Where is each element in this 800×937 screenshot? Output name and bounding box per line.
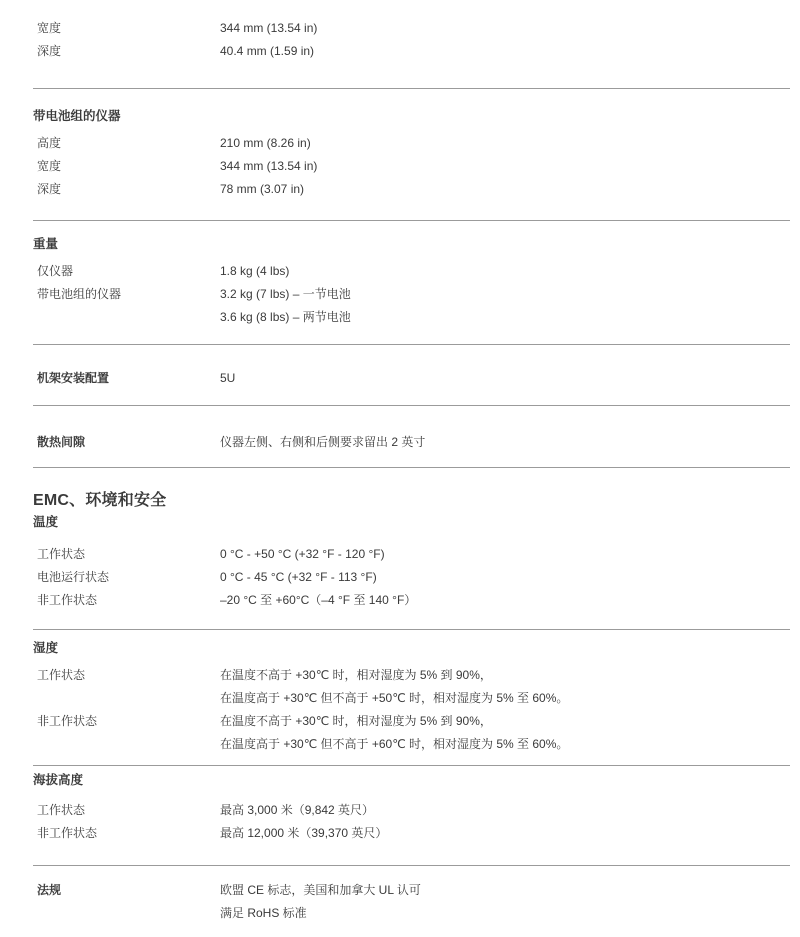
section-rows: 高度 210 mm (8.26 in) 宽度 344 mm (13.54 in)… bbox=[33, 132, 790, 201]
spec-value: 210 mm (8.26 in) bbox=[220, 132, 790, 155]
spec-row: 工作状态 最高 3,000 米（9,842 英尺） bbox=[33, 799, 790, 822]
spec-value-line: 在温度不高于 +30℃ 时，相对湿度为 5% 到 90%， bbox=[220, 664, 790, 687]
spec-row: 法规 欧盟 CE 标志，美国和加拿大 UL 认可 满足 RoHS 标准 bbox=[33, 879, 790, 925]
spec-label: 非工作状态 bbox=[33, 822, 220, 845]
spec-value: 在温度不高于 +30℃ 时，相对湿度为 5% 到 90%， 在温度高于 +30℃… bbox=[220, 664, 790, 710]
spec-row: 工作状态 在温度不高于 +30℃ 时，相对湿度为 5% 到 90%， 在温度高于… bbox=[33, 664, 790, 710]
section-rows: 工作状态 在温度不高于 +30℃ 时，相对湿度为 5% 到 90%， 在温度高于… bbox=[33, 664, 790, 756]
spec-value: 40.4 mm (1.59 in) bbox=[220, 40, 790, 63]
spec-row: 机架安装配置 5U bbox=[33, 367, 790, 390]
spec-label: 机架安装配置 bbox=[33, 367, 220, 390]
section-header: 带电池组的仪器 bbox=[33, 105, 790, 128]
spec-row: 深度 78 mm (3.07 in) bbox=[33, 178, 790, 201]
spec-value: 0 °C - 45 °C (+32 °F - 113 °F) bbox=[220, 566, 790, 589]
spec-label: 散热间隙 bbox=[33, 431, 220, 454]
section-divider bbox=[33, 765, 790, 766]
section-divider bbox=[33, 629, 790, 630]
spec-row: 非工作状态 最高 12,000 米（39,370 英尺） bbox=[33, 822, 790, 845]
spec-value-line: 210 mm (8.26 in) bbox=[220, 132, 790, 155]
spec-value-line: –20 °C 至 +60°C（–4 °F 至 140 °F） bbox=[220, 589, 790, 612]
spec-label: 非工作状态 bbox=[33, 589, 220, 612]
spec-label: 带电池组的仪器 bbox=[33, 283, 220, 329]
section-rows: 工作状态 0 °C - +50 °C (+32 °F - 120 °F) 电池运… bbox=[33, 543, 790, 612]
spec-label: 宽度 bbox=[33, 155, 220, 178]
spec-label: 非工作状态 bbox=[33, 710, 220, 756]
spec-row: 非工作状态 –20 °C 至 +60°C（–4 °F 至 140 °F） bbox=[33, 589, 790, 612]
spec-value-line: 最高 12,000 米（39,370 英尺） bbox=[220, 822, 790, 845]
spec-value-line: 344 mm (13.54 in) bbox=[220, 155, 790, 178]
spec-value-line: 在温度高于 +30℃ 但不高于 +60℃ 时，相对湿度为 5% 至 60%。 bbox=[220, 733, 790, 756]
section-divider bbox=[33, 88, 790, 89]
spec-row: 电池运行状态 0 °C - 45 °C (+32 °F - 113 °F) bbox=[33, 566, 790, 589]
spec-value: 344 mm (13.54 in) bbox=[220, 17, 790, 40]
section-altitude: 海拔高度 工作状态 最高 3,000 米（9,842 英尺） 非工作状态 最高 … bbox=[33, 769, 790, 845]
spec-value-line: 0 °C - +50 °C (+32 °F - 120 °F) bbox=[220, 543, 790, 566]
spec-row: 仅仪器 1.8 kg (4 lbs) bbox=[33, 260, 790, 283]
section-header: 海拔高度 bbox=[33, 769, 790, 792]
spec-value-line: 1.8 kg (4 lbs) bbox=[220, 260, 790, 283]
spec-value: 344 mm (13.54 in) bbox=[220, 155, 790, 178]
spec-row: 散热间隙 仪器左侧、右侧和后侧要求留出 2 英寸 bbox=[33, 431, 790, 454]
spec-value: 最高 3,000 米（9,842 英尺） bbox=[220, 799, 790, 822]
section-humidity: 湿度 工作状态 在温度不高于 +30℃ 时，相对湿度为 5% 到 90%， 在温… bbox=[33, 637, 790, 756]
section-header: 温度 bbox=[33, 512, 790, 533]
spec-label: 深度 bbox=[33, 40, 220, 63]
spec-value-line: 5U bbox=[220, 367, 790, 390]
section-rows: 仅仪器 1.8 kg (4 lbs) 带电池组的仪器 3.2 kg (7 lbs… bbox=[33, 260, 790, 329]
section-temperature: EMC、环境和安全 温度 工作状态 0 °C - +50 °C (+32 °F … bbox=[33, 490, 790, 612]
section-rack-mount: 机架安装配置 5U bbox=[33, 367, 790, 390]
spec-value: 3.2 kg (7 lbs) – 一节电池 3.6 kg (8 lbs) – 两… bbox=[220, 283, 790, 329]
spec-value: 在温度不高于 +30℃ 时，相对湿度为 5% 到 90%， 在温度高于 +30℃… bbox=[220, 710, 790, 756]
spec-row: 宽度 344 mm (13.54 in) bbox=[33, 155, 790, 178]
spec-row: 带电池组的仪器 3.2 kg (7 lbs) – 一节电池 3.6 kg (8 … bbox=[33, 283, 790, 329]
spec-value-line: 仪器左侧、右侧和后侧要求留出 2 英寸 bbox=[220, 431, 790, 454]
spec-row: 宽度 344 mm (13.54 in) bbox=[33, 17, 790, 40]
spec-value: 欧盟 CE 标志，美国和加拿大 UL 认可 满足 RoHS 标准 bbox=[220, 879, 790, 925]
section-dimensions: 宽度 344 mm (13.54 in) 深度 40.4 mm (1.59 in… bbox=[33, 17, 790, 63]
spec-value-line: 3.2 kg (7 lbs) – 一节电池 bbox=[220, 283, 790, 306]
spec-value-line: 最高 3,000 米（9,842 英尺） bbox=[220, 799, 790, 822]
section-cooling-clearance: 散热间隙 仪器左侧、右侧和后侧要求留出 2 英寸 bbox=[33, 431, 790, 454]
spec-label: 宽度 bbox=[33, 17, 220, 40]
spec-value: 1.8 kg (4 lbs) bbox=[220, 260, 790, 283]
spec-row: 非工作状态 在温度不高于 +30℃ 时，相对湿度为 5% 到 90%， 在温度高… bbox=[33, 710, 790, 756]
spec-row: 工作状态 0 °C - +50 °C (+32 °F - 120 °F) bbox=[33, 543, 790, 566]
spec-row: 高度 210 mm (8.26 in) bbox=[33, 132, 790, 155]
spec-label: 工作状态 bbox=[33, 543, 220, 566]
spec-value: 5U bbox=[220, 367, 790, 390]
spec-value: 0 °C - +50 °C (+32 °F - 120 °F) bbox=[220, 543, 790, 566]
spec-label: 深度 bbox=[33, 178, 220, 201]
spec-label: 电池运行状态 bbox=[33, 566, 220, 589]
spec-label: 工作状态 bbox=[33, 799, 220, 822]
spec-label: 法规 bbox=[33, 879, 220, 925]
spec-value-line: 40.4 mm (1.59 in) bbox=[220, 40, 790, 63]
spec-row: 深度 40.4 mm (1.59 in) bbox=[33, 40, 790, 63]
section-divider bbox=[33, 344, 790, 345]
spec-document-page: 宽度 344 mm (13.54 in) 深度 40.4 mm (1.59 in… bbox=[0, 0, 800, 937]
spec-value-line: 78 mm (3.07 in) bbox=[220, 178, 790, 201]
spec-value-line: 0 °C - 45 °C (+32 °F - 113 °F) bbox=[220, 566, 790, 589]
section-divider bbox=[33, 865, 790, 866]
emc-main-header: EMC、环境和安全 bbox=[33, 490, 790, 512]
section-divider bbox=[33, 220, 790, 221]
spec-value: 最高 12,000 米（39,370 英尺） bbox=[220, 822, 790, 845]
spec-value-line: 满足 RoHS 标准 bbox=[220, 902, 790, 925]
section-weight: 重量 仅仪器 1.8 kg (4 lbs) 带电池组的仪器 3.2 kg (7 … bbox=[33, 233, 790, 329]
spec-value: 78 mm (3.07 in) bbox=[220, 178, 790, 201]
section-instrument-with-battery: 带电池组的仪器 高度 210 mm (8.26 in) 宽度 344 mm (1… bbox=[33, 105, 790, 201]
section-header: 重量 bbox=[33, 233, 790, 256]
spec-label: 工作状态 bbox=[33, 664, 220, 710]
spec-value-line: 欧盟 CE 标志，美国和加拿大 UL 认可 bbox=[220, 879, 790, 902]
spec-value: 仪器左侧、右侧和后侧要求留出 2 英寸 bbox=[220, 431, 790, 454]
spec-value-line: 在温度不高于 +30℃ 时，相对湿度为 5% 到 90%， bbox=[220, 710, 790, 733]
section-header: 湿度 bbox=[33, 637, 790, 660]
spec-label: 高度 bbox=[33, 132, 220, 155]
spec-value-line: 3.6 kg (8 lbs) – 两节电池 bbox=[220, 306, 790, 329]
section-divider bbox=[33, 467, 790, 468]
section-rows: 工作状态 最高 3,000 米（9,842 英尺） 非工作状态 最高 12,00… bbox=[33, 799, 790, 845]
spec-value-line: 344 mm (13.54 in) bbox=[220, 17, 790, 40]
section-regulations: 法规 欧盟 CE 标志，美国和加拿大 UL 认可 满足 RoHS 标准 bbox=[33, 879, 790, 925]
spec-value: –20 °C 至 +60°C（–4 °F 至 140 °F） bbox=[220, 589, 790, 612]
spec-value-line: 在温度高于 +30℃ 但不高于 +50℃ 时，相对湿度为 5% 至 60%。 bbox=[220, 687, 790, 710]
section-divider bbox=[33, 405, 790, 406]
spec-label: 仅仪器 bbox=[33, 260, 220, 283]
